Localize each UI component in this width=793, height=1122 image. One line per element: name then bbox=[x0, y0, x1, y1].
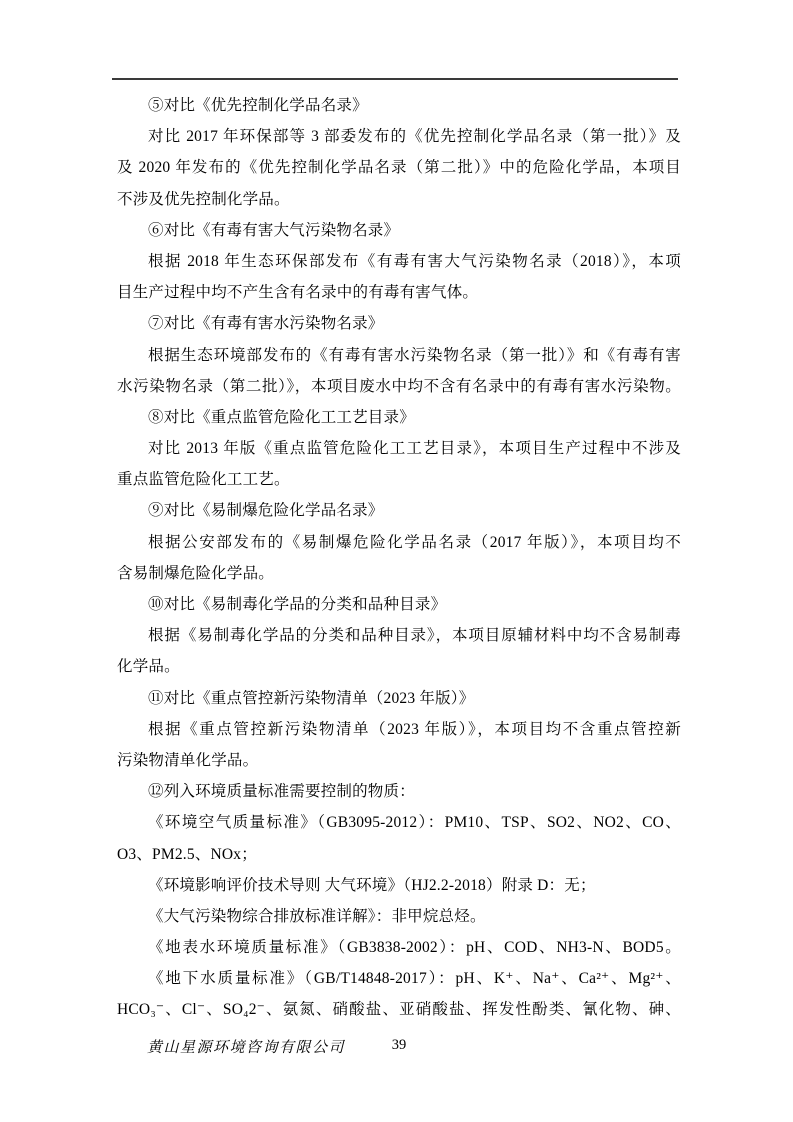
text-line: ⑤对比《优先控制化学品名录》 bbox=[117, 90, 681, 121]
header-rule bbox=[112, 78, 678, 80]
text-line: ⑪对比《重点管控新污染物清单（2023 年版）》 bbox=[117, 683, 681, 714]
text-line: 根据公安部发布的《易制爆危险化学品名录（2017 年版）》，本项目均不 bbox=[117, 527, 681, 558]
text-line: 《环境空气质量标准》（GB3095-2012）：PM10、TSP、SO2、NO2… bbox=[117, 807, 681, 838]
text-line: 对比 2013 年版《重点监管危险化工工艺目录》，本项目生产过程中不涉及 bbox=[117, 433, 681, 464]
text-line: ⑧对比《重点监管危险化工工艺目录》 bbox=[117, 402, 681, 433]
text-line: 水污染物名录（第二批）》，本项目废水中均不含有名录中的有毒有害水污染物。 bbox=[117, 371, 681, 402]
text-line: 根据《重点管控新污染物清单（2023 年版）》，本项目均不含重点管控新 bbox=[117, 714, 681, 745]
text-line: 及 2020 年发布的《优先控制化学品名录（第二批）》中的危险化学品，本项目 bbox=[117, 152, 681, 183]
text-line: 根据《易制毒化学品的分类和品种目录》，本项目原辅材料中均不含易制毒 bbox=[117, 620, 681, 651]
text-line: 《环境影响评价技术导则 大气环境》（HJ2.2-2018）附录 D：无； bbox=[117, 870, 681, 901]
text-line: O3、PM2.5、NOx； bbox=[117, 839, 681, 870]
text-line: 《地表水环境质量标准》（GB3838-2002）：pH、COD、NH3-N、BO… bbox=[117, 932, 681, 963]
text-line: 《大气污染物综合排放标准详解》：非甲烷总烃。 bbox=[117, 901, 681, 932]
footer-company-name: 黄山星源环境咨询有限公司 bbox=[147, 1038, 345, 1058]
text-line: ⑥对比《有毒有害大气污染物名录》 bbox=[117, 215, 681, 246]
text-line: 《地下水质量标准》（GB/T14848-2017）：pH、K⁺、Na⁺、Ca²⁺… bbox=[117, 963, 681, 994]
text-line: ⑩对比《易制毒化学品的分类和品种目录》 bbox=[117, 589, 681, 620]
text-line: 含易制爆危险化学品。 bbox=[117, 558, 681, 589]
document-page: ⑤对比《优先控制化学品名录》对比 2017 年环保部等 3 部委发布的《优先控制… bbox=[0, 0, 793, 1122]
text-line: HCO₃⁻、Cl⁻、SO₄2⁻、氨氮、硝酸盐、亚硝酸盐、挥发性酚类、氰化物、砷、… bbox=[117, 994, 681, 1025]
text-line: 污染物清单化学品。 bbox=[117, 745, 681, 776]
page-footer: 39 黄山星源环境咨询有限公司 bbox=[117, 1038, 681, 1060]
text-line: 根据生态环境部发布的《有毒有害水污染物名录（第一批）》和《有毒有害 bbox=[117, 340, 681, 371]
text-line: ⑫列入环境质量标准需要控制的物质： bbox=[117, 776, 681, 807]
document-body: ⑤对比《优先控制化学品名录》对比 2017 年环保部等 3 部委发布的《优先控制… bbox=[117, 90, 681, 1026]
text-line: ⑨对比《易制爆危险化学品名录》 bbox=[117, 495, 681, 526]
text-line: 对比 2017 年环保部等 3 部委发布的《优先控制化学品名录（第一批）》及 bbox=[117, 121, 681, 152]
text-line: ⑦对比《有毒有害水污染物名录》 bbox=[117, 308, 681, 339]
text-line: 不涉及优先控制化学品。 bbox=[117, 184, 681, 215]
text-line: 重点监管危险化工工艺。 bbox=[117, 464, 681, 495]
text-line: 目生产过程中均不产生含有名录中的有毒有害气体。 bbox=[117, 277, 681, 308]
text-line: 根据 2018 年生态环保部发布《有毒有害大气污染物名录（2018）》，本项 bbox=[117, 246, 681, 277]
text-line: 化学品。 bbox=[117, 651, 681, 682]
